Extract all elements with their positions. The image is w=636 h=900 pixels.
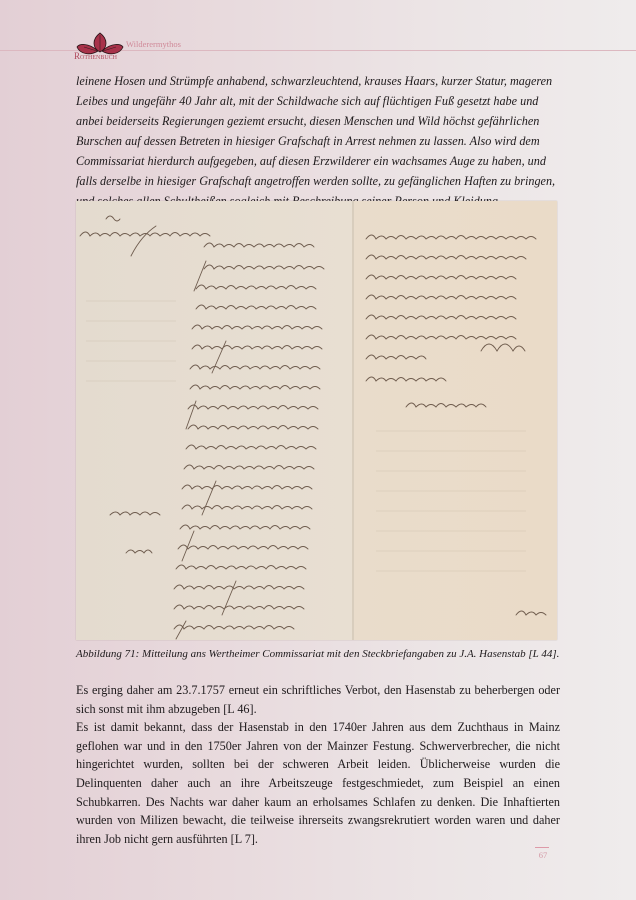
- body-text: Es erging daher am 23.7.1757 erneut ein …: [76, 681, 560, 848]
- page-number-rule: [535, 847, 549, 848]
- manuscript-image: [76, 201, 557, 640]
- page-number: 67: [534, 850, 552, 860]
- figure-caption: Abbildung 71: Mitteilung ans Wertheimer …: [76, 647, 566, 661]
- manuscript-figure: [76, 201, 557, 640]
- running-title: Wilderermythos: [126, 39, 181, 49]
- body-paragraph: Es ist damit bekannt, dass der Hasenstab…: [76, 718, 560, 848]
- body-paragraph: Es erging daher am 23.7.1757 erneut ein …: [76, 681, 560, 718]
- logo-wordmark: Rothenbuch: [74, 51, 117, 61]
